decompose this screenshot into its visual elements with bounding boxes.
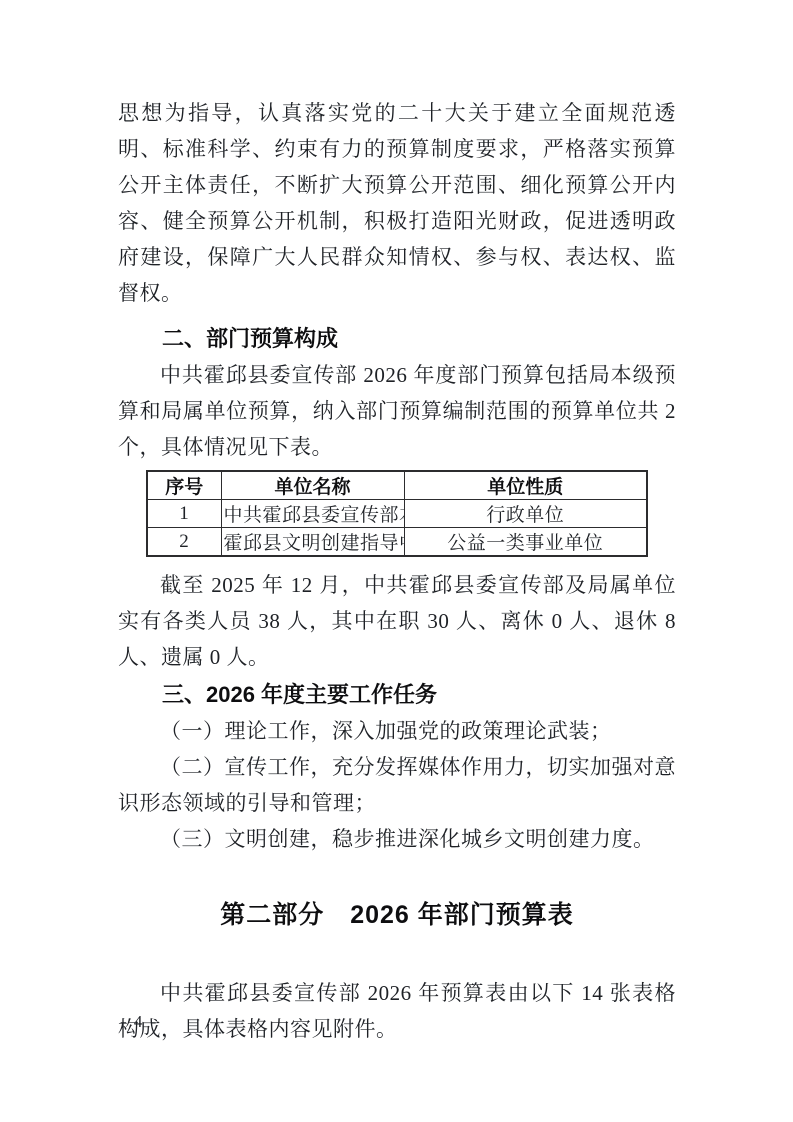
table-row: 1 中共霍邱县委宣传部本级 行政单位 [147,500,647,528]
work-task-item-2: （二）宣传工作，充分发挥媒体作用力，切实加强对意识形态领域的引导和管理； [118,749,676,821]
intro-paragraph: 思想为指导，认真落实党的二十大关于建立全面规范透明、标准科学、约束有力的预算制度… [118,95,676,311]
part2-title: 第二部分 2026 年部门预算表 [118,897,676,933]
table-cell-unit-name: 中共霍邱县委宣传部本级 [221,500,404,528]
document-page: 思想为指导，认真落实党的二十大关于建立全面规范透明、标准科学、约束有力的预算制度… [0,0,793,1122]
document-content: 思想为指导，认真落实党的二十大关于建立全面规范透明、标准科学、约束有力的预算制度… [118,95,676,1047]
work-task-item-1: （一）理论工作，深入加强党的政策理论武装； [118,713,676,749]
table-header-row: 序号 单位名称 单位性质 [147,471,647,500]
table-row: 2 霍邱县文明创建指导中心 公益一类事业单位 [147,528,647,557]
budget-units-table: 序号 单位名称 单位性质 1 中共霍邱县委宣传部本级 行政单位 2 霍邱县文明创… [146,470,648,557]
budget-tables-paragraph: 中共霍邱县委宣传部 2026 年预算表由以下 14 张表格构成，具体表格内容见附… [118,975,676,1047]
table-cell-serial: 1 [147,500,221,528]
work-task-item-3: （三）文明创建，稳步推进深化城乡文明创建力度。 [118,821,676,857]
table-cell-unit-type: 公益一类事业单位 [404,528,647,557]
table-cell-serial: 2 [147,528,221,557]
table-header-unit-name: 单位名称 [221,471,404,500]
section-heading-work-tasks: 三、2026 年度主要工作任务 [118,677,676,713]
section-heading-budget-composition: 二、部门预算构成 [118,321,676,357]
budget-composition-paragraph: 中共霍邱县委宣传部 2026 年度部门预算包括局本级预算和局属单位预算，纳入部门… [118,357,676,465]
staffing-paragraph: 截至 2025 年 12 月，中共霍邱县委宣传部及局属单位实有各类人员 38 人… [118,567,676,675]
page-number: - 4 - [120,1012,158,1032]
table-header-serial: 序号 [147,471,221,500]
table-cell-unit-type: 行政单位 [404,500,647,528]
table-cell-unit-name: 霍邱县文明创建指导中心 [221,528,404,557]
table-header-unit-type: 单位性质 [404,471,647,500]
